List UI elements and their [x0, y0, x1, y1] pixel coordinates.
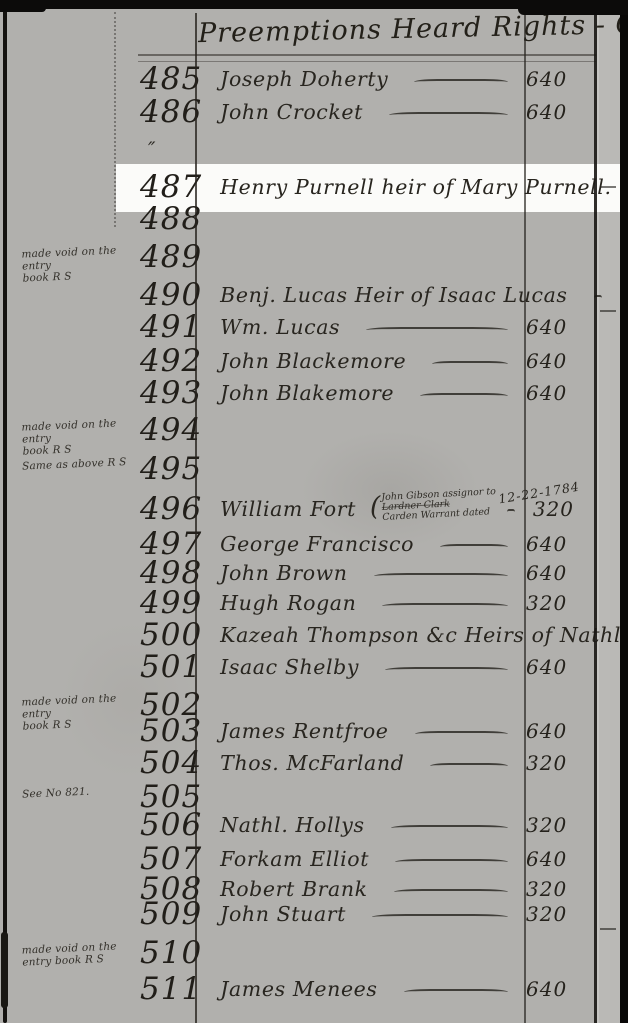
entry-number: 504: [140, 746, 210, 780]
ledger-row: 506 Nathl. Hollys 320: [140, 808, 596, 842]
ruled-dash: [391, 825, 508, 831]
grantee-name: Isaac Shelby: [220, 655, 359, 679]
entry-number: 485: [140, 62, 210, 96]
acreage-value: 320: [514, 902, 596, 926]
margin-annotation: made void on the entry book R S: [21, 416, 142, 457]
acreage-value: 640: [514, 67, 596, 91]
acreage-value: 640: [514, 847, 596, 871]
ledger-row: 496 William Fort ( John Gibson assignor …: [140, 492, 596, 526]
entry-number: 490: [140, 278, 210, 312]
ruled-dash: [389, 112, 508, 118]
ruled-dash: [507, 509, 515, 515]
scan-edge-smudge: [1, 932, 8, 1008]
ledger-row: 492 John Blackemore 640: [140, 344, 596, 378]
grantee-name: John Stuart: [220, 902, 346, 926]
ledger-row: 503 James Rentfroe 640: [140, 714, 596, 748]
ledger-row: 493 John Blakemore 640: [140, 376, 596, 410]
ledger-row: made void on the entry book R S 510: [140, 936, 596, 970]
ruled-dash: [430, 763, 508, 769]
ruled-dash: [374, 573, 508, 579]
ledger-row: 501 Isaac Shelby 640: [140, 650, 596, 684]
grantee-name: Henry Purnell heir of Mary Purnell.: [220, 175, 611, 199]
acreage-value: 320: [514, 813, 596, 837]
entry-number: 510: [140, 936, 210, 970]
ruled-dash: [385, 667, 508, 673]
entry-number: 492: [140, 344, 210, 378]
ruled-dash: [432, 361, 508, 367]
ruled-dash: [372, 914, 508, 920]
scan-left-border: [3, 8, 7, 1023]
acreage-value: 320: [514, 751, 596, 775]
ledger-row: 488: [140, 202, 596, 236]
ledger-row: 491 Wm. Lucas 640: [140, 310, 596, 344]
entry-number: 496: [140, 492, 210, 526]
acreage-value: 640: [514, 532, 596, 556]
acreage-value: 640: [514, 315, 596, 339]
grantee-name: John Blakemore: [220, 381, 394, 405]
ledger-row: 498 John Brown 640: [140, 556, 596, 590]
margin-annotation: made void on the entry book R S: [22, 939, 143, 968]
grantee-name: Nathl. Hollys: [220, 813, 364, 837]
entry-number: 499: [140, 586, 210, 620]
ruled-dash: [366, 327, 508, 333]
acreage-value: 640: [514, 100, 596, 124]
annotation-paren: (: [370, 492, 380, 522]
grantee-name: Kazeah Thompson &c Heirs of Nathl. Hart: [220, 623, 628, 647]
entry-number: 488: [140, 202, 210, 236]
entry-number: 500: [140, 618, 210, 652]
grantee-name: John Brown: [220, 561, 347, 585]
acreage-value: 640: [514, 655, 596, 679]
acreage-value: 640: [514, 561, 596, 585]
entry-number: 511: [140, 972, 210, 1006]
ledger-row: 499 Hugh Rogan 320: [140, 586, 596, 620]
acreage-value: 320: [514, 591, 596, 615]
grantee-name: Forkam Elliot: [220, 847, 369, 871]
grantee-name: James Menees: [220, 977, 377, 1001]
ledger-row: 486 John Crocket 640: [140, 95, 596, 129]
annotation-lines: John Gibson assignor to Lardner Clark Ca…: [381, 487, 497, 523]
margin-annotation: made void on the entry book R S: [21, 691, 142, 732]
margin-annotation: made void on the entry book R S: [21, 243, 142, 284]
entry-number: 489: [140, 240, 210, 274]
entry-number: 487: [140, 170, 210, 204]
entry-number: 503: [140, 714, 210, 748]
ruled-dash: [382, 603, 508, 609]
grantee-name: James Rentfroe: [220, 719, 388, 743]
grantee-name: John Crocket: [220, 100, 363, 124]
acreage-value: 640: [514, 381, 596, 405]
entry-number: 486: [140, 95, 210, 129]
ledger-row: made void on the entry book R S 489: [140, 240, 596, 274]
grantee-name: Thos. McFarland: [220, 751, 404, 775]
ledger-row: 487 Henry Purnell heir of Mary Purnell. …: [140, 170, 596, 204]
ledger-row: 485 Joseph Doherty 640: [140, 62, 596, 96]
acreage-value: 640: [514, 349, 596, 373]
page-edge-tick: [600, 310, 616, 312]
ledger-rows: 485 Joseph Doherty 640 486 John Crocket: [140, 0, 596, 1023]
scan-top-border: [0, 0, 628, 9]
ledger-row: 507 Forkam Elliot 640: [140, 842, 596, 876]
ledger-row: Same as above R S 495: [140, 452, 596, 486]
ledger-page: Preemptions Heard Rights - Contd 485 Jos…: [0, 0, 628, 1023]
grantee-name: George Francisco: [220, 532, 414, 556]
grantee-name: Joseph Doherty: [220, 67, 388, 91]
entry-number: 506: [140, 808, 210, 842]
entry-number: 491: [140, 310, 210, 344]
page-edge-tick: [600, 186, 616, 188]
ledger-row: 490 Benj. Lucas Heir of Isaac Lucas 640: [140, 278, 596, 312]
page-edge-tick: [600, 928, 616, 930]
ruled-dash: [440, 544, 508, 550]
grantee-name: William Fort: [220, 497, 356, 521]
entry-number: 509: [140, 897, 210, 931]
ruled-dash: [404, 989, 508, 995]
ledger-row: 504 Thos. McFarland 320: [140, 746, 596, 780]
column-rule-acreage: [524, 13, 526, 1023]
ledger-row: 509 John Stuart 320: [140, 897, 596, 931]
ledger-row: 500 Kazeah Thompson &c Heirs of Nathl. H…: [140, 618, 596, 652]
page-gutter-rule: [594, 8, 597, 1023]
grantee-name: Hugh Rogan: [220, 591, 356, 615]
margin-annotation: Same as above R S: [22, 455, 142, 472]
acreage-value: 640: [514, 719, 596, 743]
grantee-name: Benj. Lucas Heir of Isaac Lucas: [220, 283, 567, 307]
ruled-dash: [415, 731, 509, 737]
grantee-name: John Blackemore: [220, 349, 406, 373]
column-rule-numbers: [195, 13, 197, 1023]
paper-crease: [114, 12, 116, 227]
grantee-name: Wm. Lucas: [220, 315, 340, 339]
ledger-row: made void on the entry book R S 494: [140, 413, 596, 447]
entry-number: 501: [140, 650, 210, 684]
ruled-dash: [420, 393, 508, 399]
entry-number: 495: [140, 452, 210, 486]
entry-number: 494: [140, 413, 210, 447]
ruled-dash: [414, 79, 508, 85]
assignment-annotation: ( John Gibson assignor to Lardner Clark …: [370, 494, 497, 524]
margin-annotation: See No 821.: [22, 783, 142, 800]
scan-right-border: [620, 0, 628, 1023]
entry-number: 493: [140, 376, 210, 410]
ruled-dash: [394, 889, 508, 895]
acreage-value: 640: [514, 977, 596, 1001]
ruled-dash: [395, 859, 508, 865]
entry-number: ″: [140, 132, 214, 166]
ledger-row: 511 James Menees 640: [140, 972, 596, 1006]
ledger-row: ″: [140, 132, 596, 166]
